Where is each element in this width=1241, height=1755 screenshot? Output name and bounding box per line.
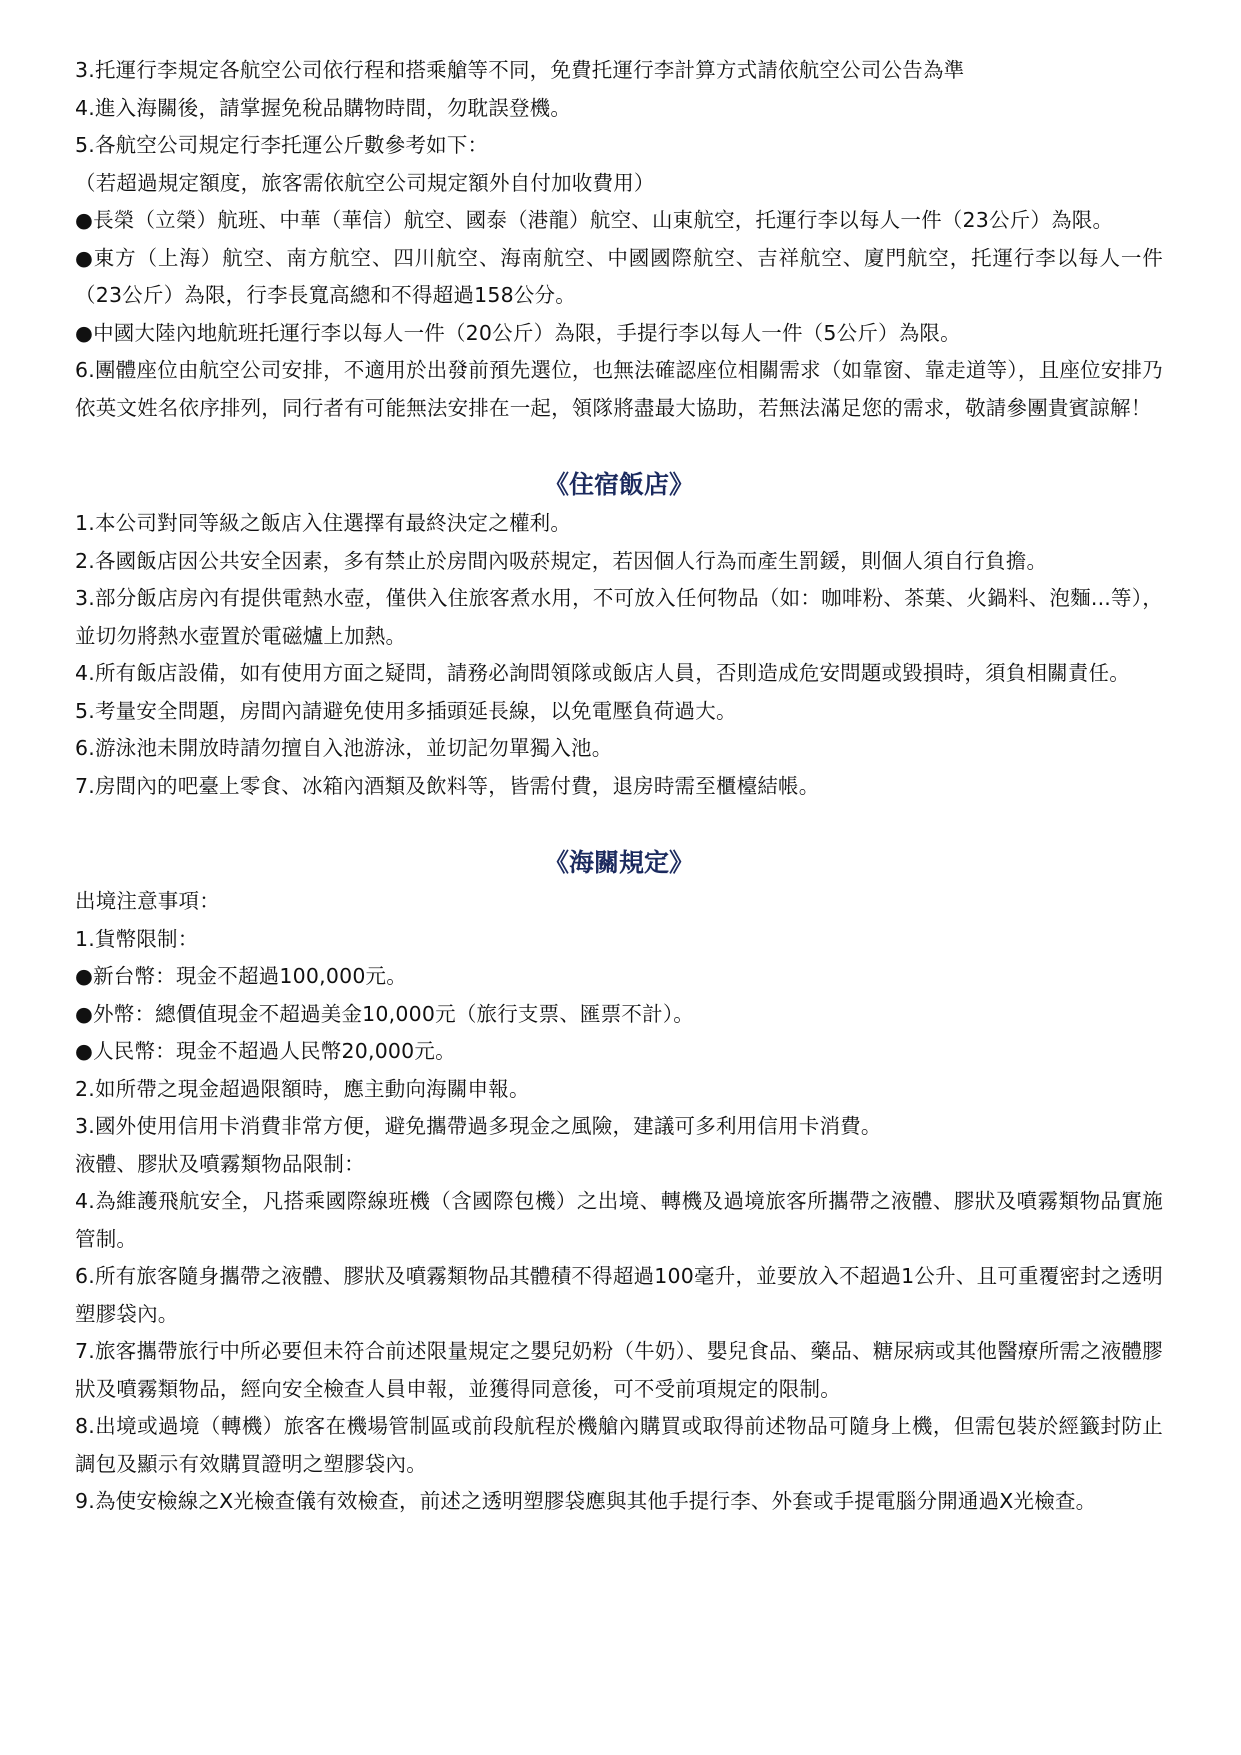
customs-rule-9: 9.為使安檢線之X光檢查儀有效檢查，前述之透明塑膠袋應與其他手提行李、外套或手提… xyxy=(75,1483,1163,1521)
hotel-section: 《住宿飯店》 1.本公司對同等級之飯店入住選擇有最終決定之權利。 2.各國飯店因… xyxy=(75,465,1163,805)
baggage-extra-fee-note: （若超過規定額度，旅客需依航空公司規定額外自付加收費用） xyxy=(75,165,1163,203)
document-page: 3.托運行李規定各航空公司依行程和搭乘艙等不同，免費托運行李計算方式請依航空公司… xyxy=(0,0,1241,1521)
customs-rule-7: 7.旅客攜帶旅行中所必要但未符合前述限量規定之嬰兒奶粉（牛奶）、嬰兒食品、藥品、… xyxy=(75,1333,1163,1408)
customs-rule-2: 2.如所帶之現金超過限額時，應主動向海關申報。 xyxy=(75,1071,1163,1109)
baggage-rule-3: 3.托運行李規定各航空公司依行程和搭乘艙等不同，免費托運行李計算方式請依航空公司… xyxy=(75,52,1163,90)
customs-section: 《海關規定》 出境注意事項： 1.貨幣限制： ●新台幣：現金不超過100,000… xyxy=(75,843,1163,1521)
baggage-rule-domestic-china: ●中國大陸內地航班托運行李以每人一件（20公斤）為限，手提行李以每人一件（5公斤… xyxy=(75,315,1163,353)
hotel-rule-5: 5.考量安全問題，房間內請避免使用多插頭延長線，以免電壓負荷過大。 xyxy=(75,693,1163,731)
liquids-limit-label: 液體、膠狀及噴霧類物品限制： xyxy=(75,1146,1163,1184)
hotel-rule-1: 1.本公司對同等級之飯店入住選擇有最終決定之權利。 xyxy=(75,505,1163,543)
hotel-rule-3: 3.部分飯店房內有提供電熱水壺，僅供入住旅客煮水用，不可放入任何物品（如：咖啡粉… xyxy=(75,580,1163,655)
hotel-section-title: 《住宿飯店》 xyxy=(75,465,1163,505)
group-seating-note: 6.團體座位由航空公司安排，不適用於出發前預先選位，也無法確認座位相關需求（如靠… xyxy=(75,352,1163,427)
customs-rule-6: 6.所有旅客隨身攜帶之液體、膠狀及噴霧類物品其體積不得超過100毫升，並要放入不… xyxy=(75,1258,1163,1333)
hotel-rule-7: 7.房間內的吧臺上零食、冰箱內酒類及飲料等，皆需付費，退房時需至櫃檯結帳。 xyxy=(75,768,1163,806)
customs-rule-8: 8.出境或過境（轉機）旅客在機場管制區或前段航程於機艙內購買或取得前述物品可隨身… xyxy=(75,1408,1163,1483)
currency-limit-foreign: ●外幣：總價值現金不超過美金10,000元（旅行支票、匯票不計）。 xyxy=(75,996,1163,1034)
departure-notes-label: 出境注意事項： xyxy=(75,883,1163,921)
customs-rule-3: 3.國外使用信用卡消費非常方便，避免攜帶過多現金之風險，建議可多利用信用卡消費。 xyxy=(75,1108,1163,1146)
flight-baggage-section: 3.托運行李規定各航空公司依行程和搭乘艙等不同，免費托運行李計算方式請依航空公司… xyxy=(75,52,1163,427)
currency-limit-label: 1.貨幣限制： xyxy=(75,921,1163,959)
duty-free-note: 4.進入海關後，請掌握免稅品購物時間，勿耽誤登機。 xyxy=(75,90,1163,128)
baggage-rule-mainland-airlines: ●東方（上海）航空、南方航空、四川航空、海南航空、中國國際航空、吉祥航空、廈門航… xyxy=(75,240,1163,315)
baggage-rule-evergreen-china-cathay: ●長榮（立榮）航班、中華（華信）航空、國泰（港龍）航空、山東航空，托運行李以每人… xyxy=(75,202,1163,240)
hotel-rule-4: 4.所有飯店設備，如有使用方面之疑問，請務必詢問領隊或飯店人員，否則造成危安問題… xyxy=(75,655,1163,693)
baggage-weight-intro: 5.各航空公司規定行李托運公斤數參考如下： xyxy=(75,127,1163,165)
hotel-rule-6: 6.游泳池未開放時請勿擅自入池游泳，並切記勿單獨入池。 xyxy=(75,730,1163,768)
customs-section-title: 《海關規定》 xyxy=(75,843,1163,883)
currency-limit-rmb: ●人民幣：現金不超過人民幣20,000元。 xyxy=(75,1033,1163,1071)
hotel-rule-2: 2.各國飯店因公共安全因素，多有禁止於房間內吸菸規定，若因個人行為而產生罰鍰，則… xyxy=(75,543,1163,581)
currency-limit-twd: ●新台幣：現金不超過100,000元。 xyxy=(75,958,1163,996)
customs-rule-4: 4.為維護飛航安全，凡搭乘國際線班機（含國際包機）之出境、轉機及過境旅客所攜帶之… xyxy=(75,1183,1163,1258)
